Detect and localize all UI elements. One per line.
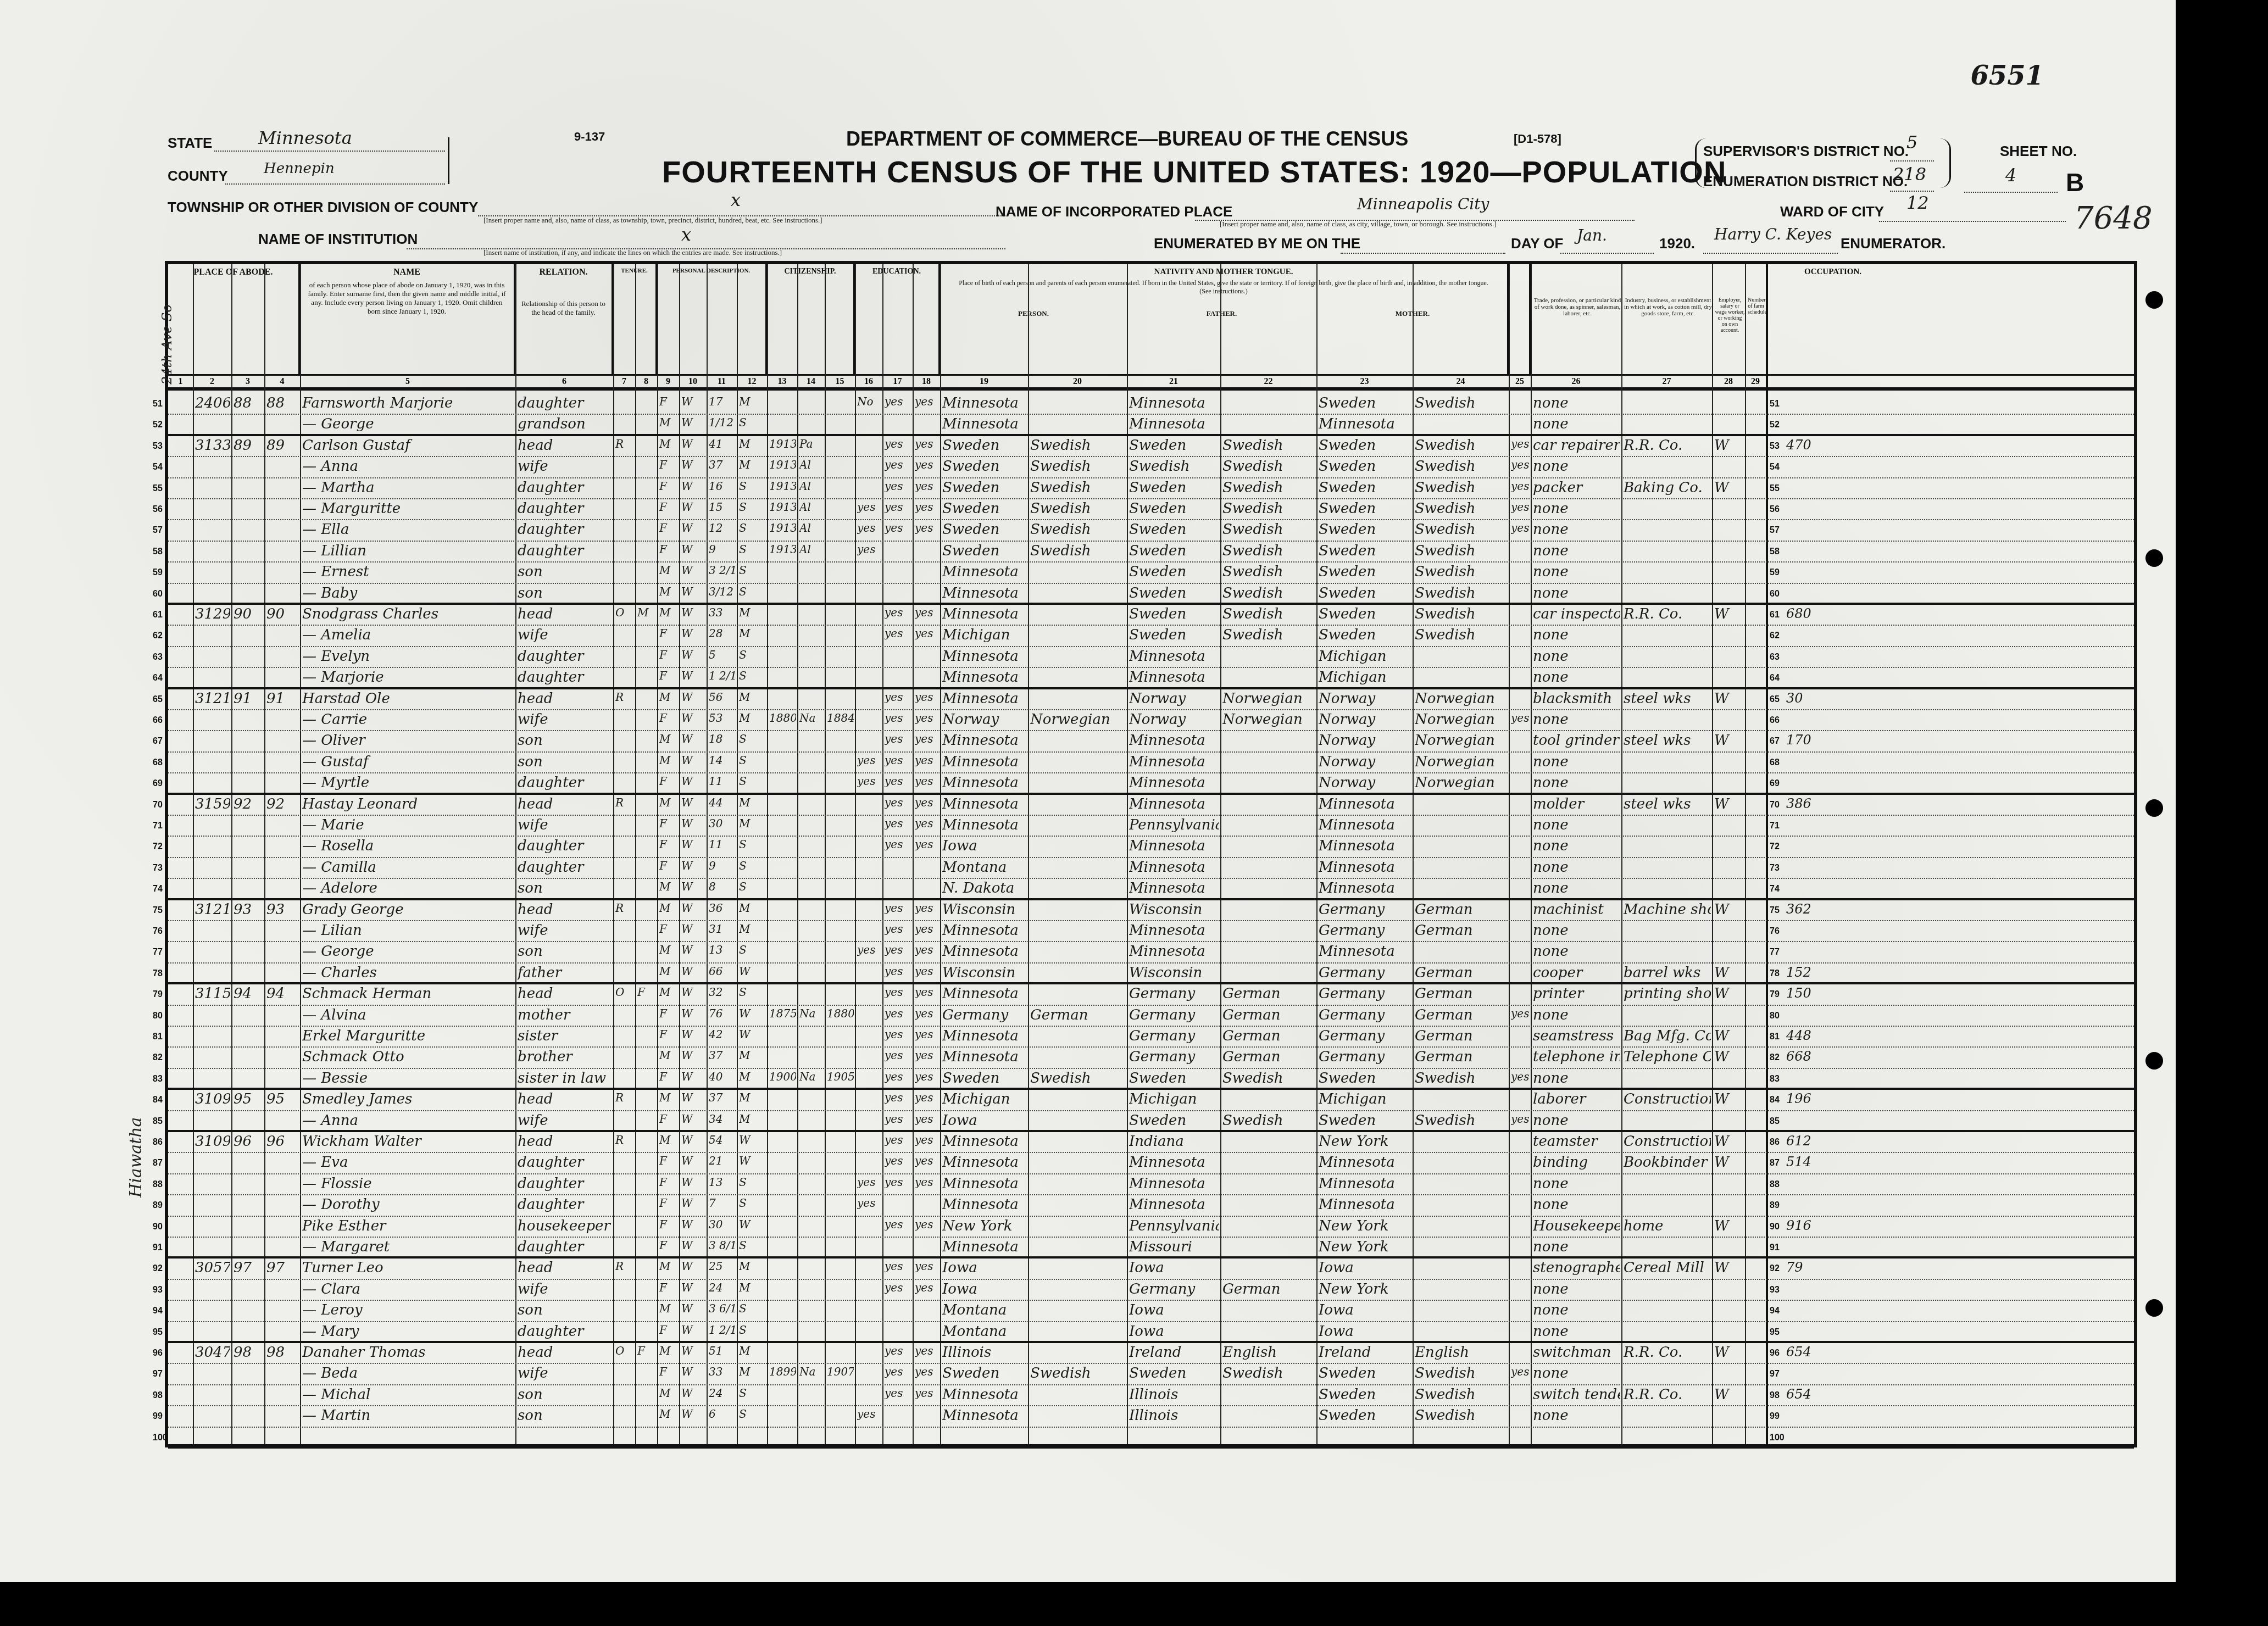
cell-name: Grady George — [302, 901, 514, 918]
cell-pob: Minnesota — [942, 1407, 1027, 1424]
cell-pob: Iowa — [942, 1260, 1027, 1276]
cell-fmt: Swedish — [1222, 521, 1315, 538]
cell-read: yes — [885, 458, 911, 471]
cell-sex: F — [659, 1218, 678, 1231]
line-number-right: 69 — [1770, 779, 1780, 789]
cell-sex: M — [659, 1260, 678, 1273]
cell-own: O — [615, 985, 634, 999]
cell-read: yes — [885, 1091, 911, 1104]
cell-eng: yes — [1511, 1007, 1530, 1020]
table-row: 5252— GeorgegrandsonMW1/12SMinnesotaMinn… — [168, 415, 2134, 436]
cell-name: — Ernest — [302, 564, 514, 580]
table-row: 656531219191Harstad OleheadRMW56MyesyesM… — [168, 689, 2134, 710]
cell-rel: wife — [518, 1365, 612, 1382]
cell-fmt: Swedish — [1222, 627, 1315, 643]
cell-ms: S — [739, 585, 766, 598]
binder-hole — [2145, 549, 2163, 567]
table-row: 7777— GeorgesonMW13SyesyesyesMinnesotaMi… — [168, 942, 2134, 963]
cell-fpob: Minnesota — [1129, 943, 1219, 960]
cell-mmt: German — [1415, 901, 1508, 918]
line-number-right: 52 — [1770, 420, 1780, 430]
table-row: 9797— BedawifeFW33M1899Na1907yesyesSwede… — [168, 1364, 2134, 1385]
cell-nat: Pa — [799, 437, 824, 450]
column-number: 24 — [1413, 377, 1509, 387]
cell-race: W — [681, 1239, 705, 1252]
cell-mort: F — [637, 1344, 656, 1357]
cell-rel: wife — [518, 711, 612, 728]
table-row: 9494— LeroysonMW3 6/12SMontanaIowaIowano… — [168, 1301, 2134, 1322]
cell-mmt: Swedish — [1415, 1112, 1508, 1129]
cell-race: W — [681, 1091, 705, 1104]
cell-pob: Iowa — [942, 1281, 1027, 1298]
cell-fpob: Swedish — [1129, 458, 1219, 475]
cell-race: W — [681, 943, 705, 956]
sheet-value: 4 — [2005, 165, 2016, 186]
cell-race: W — [681, 1407, 705, 1421]
cell-mpob: Minnesota — [1319, 1154, 1411, 1171]
cell-pob: Iowa — [942, 838, 1027, 854]
cell-eng: yes — [1511, 521, 1530, 534]
column-number: 14 — [797, 377, 825, 387]
cell-own: O — [615, 1344, 634, 1357]
cell-mpob: Minnesota — [1319, 838, 1411, 854]
sheet-side: B — [2066, 168, 2084, 197]
cell-pob: Sweden — [942, 543, 1027, 559]
cell-ind: Bag Mfg. Co. — [1624, 1028, 1711, 1044]
cell-age: 1/12 — [709, 416, 736, 429]
cell-eng: yes — [1511, 500, 1530, 514]
cell-rel: daughter — [518, 669, 612, 686]
cell-read: yes — [885, 521, 911, 534]
cell-name: — Amelia — [302, 627, 514, 643]
cell-fmt: German — [1222, 985, 1315, 1002]
cell-age: 12 — [709, 521, 736, 534]
cell-rel: wife — [518, 458, 612, 475]
cell-dw: 93 — [234, 901, 263, 918]
cell-fmt: Norwegian — [1222, 711, 1315, 728]
cell-write: yes — [915, 732, 939, 745]
line-number-left: 89 — [153, 1201, 163, 1211]
cell-pob: Minnesota — [942, 775, 1027, 791]
cell-age: 14 — [709, 754, 736, 767]
cell-age: 5 — [709, 648, 736, 661]
cell-write: yes — [915, 1281, 939, 1294]
cell-mmt: Swedish — [1415, 1386, 1508, 1403]
cell-rel: son — [518, 754, 612, 770]
line-number-right: 63 — [1770, 653, 1780, 662]
cell-read: yes — [885, 1049, 911, 1062]
cell-race: W — [681, 627, 705, 640]
township-note: [Insert proper name and, also, name of c… — [483, 216, 822, 225]
cell-ms: S — [739, 775, 766, 788]
cell-sex: F — [659, 500, 678, 514]
cell-read: yes — [885, 754, 911, 767]
cell-read: yes — [885, 627, 911, 640]
cell-house: 3047 — [195, 1344, 230, 1361]
cell-mort: F — [637, 985, 656, 999]
cell-pob: Minnesota — [942, 691, 1027, 707]
cell-imm: 1913 — [769, 500, 796, 514]
line-number-right: 96 — [1770, 1349, 1780, 1358]
cell-fam: 98 — [266, 1344, 299, 1361]
header-citizenship: CITIZENSHIP. — [767, 264, 855, 374]
cell-pob: Sweden — [942, 458, 1027, 475]
line-number-right: 98 — [1770, 1391, 1780, 1401]
line-number-right: 77 — [1770, 948, 1780, 957]
cell-rel: housekeeper — [518, 1218, 612, 1234]
cell-rel: daughter — [518, 1239, 612, 1255]
cell-fmt: German — [1222, 1007, 1315, 1023]
cell-race: W — [681, 754, 705, 767]
cell-age: 51 — [709, 1344, 736, 1357]
cell-margin-code: 514 — [1786, 1154, 1830, 1170]
cell-pob: Minnesota — [942, 754, 1027, 770]
cell-fam: 90 — [266, 606, 299, 622]
line-number-right: 76 — [1770, 927, 1780, 937]
cell-read: yes — [885, 965, 911, 978]
cell-name: Turner Leo — [302, 1260, 514, 1276]
cell-ms: W — [739, 1218, 766, 1231]
cell-emp: W — [1714, 796, 1744, 812]
cell-write: yes — [915, 1386, 939, 1400]
cell-fpob: Germany — [1129, 1007, 1219, 1023]
line-number-right: 57 — [1770, 526, 1780, 536]
cell-sex: M — [659, 606, 678, 619]
column-number: 13 — [767, 377, 797, 387]
cell-fpob: Sweden — [1129, 606, 1219, 622]
table-row: 797931159494Schmack HermanheadOFMW32Syes… — [168, 984, 2134, 1005]
cell-fpob: Germany — [1129, 1049, 1219, 1065]
cell-mpob: Norway — [1319, 775, 1411, 791]
cell-age: 40 — [709, 1070, 736, 1083]
cell-age: 32 — [709, 985, 736, 999]
cell-school: yes — [857, 943, 881, 956]
header-personal-description: PERSONAL DESCRIPTION. — [657, 264, 767, 374]
cell-name: — Anna — [302, 458, 514, 475]
cell-natyr: 1907 — [827, 1365, 854, 1378]
cell-rel: daughter — [518, 648, 612, 665]
line-number-right: 65 — [1770, 695, 1780, 705]
cell-mpob: Iowa — [1319, 1302, 1411, 1318]
cell-sex: M — [659, 1407, 678, 1421]
state-value: Minnesota — [258, 127, 352, 148]
cell-pob: Montana — [942, 1323, 1027, 1340]
cell-emp: W — [1714, 1133, 1744, 1150]
cell-mt: Swedish — [1030, 437, 1126, 454]
cell-margin-code: 470 — [1786, 437, 1830, 453]
column-number: 19 — [940, 377, 1028, 387]
table-row: 6363— EvelyndaughterFW5SMinnesotaMinneso… — [168, 647, 2134, 668]
cell-age: 3 2/12 — [709, 564, 736, 577]
cell-ind: steel wks — [1624, 732, 1711, 749]
cell-read: yes — [885, 1133, 911, 1146]
cell-ms: M — [739, 1365, 766, 1378]
cell-mpob: Minnesota — [1319, 859, 1411, 876]
column-number: 4 — [264, 377, 300, 387]
day-of-label: DAY OF — [1511, 235, 1563, 252]
cell-read: yes — [885, 1365, 911, 1378]
table-row: 8080— AlvinamotherFW76W1875Na1880yesyesG… — [168, 1006, 2134, 1027]
line-number-right: 92 — [1770, 1264, 1780, 1274]
cell-occ: laborer — [1533, 1091, 1620, 1107]
line-number-left: 75 — [153, 906, 163, 916]
cell-occ: none — [1533, 395, 1620, 411]
cell-emp: W — [1714, 985, 1744, 1002]
line-number-left: 100 — [153, 1433, 168, 1443]
table-row: 8888— FlossiedaughterFW13SyesyesyesMinne… — [168, 1174, 2134, 1195]
cell-margin-code: 362 — [1786, 901, 1830, 917]
column-number: 2 — [193, 377, 231, 387]
cell-pob: Minnesota — [942, 1049, 1027, 1065]
cell-rel: son — [518, 585, 612, 602]
cell-race: W — [681, 1049, 705, 1062]
cell-mmt: Swedish — [1415, 1365, 1508, 1382]
line-number-right: 85 — [1770, 1117, 1780, 1127]
cell-mmt: Norwegian — [1415, 691, 1508, 707]
cell-rel: wife — [518, 817, 612, 833]
cell-pob: New York — [942, 1218, 1027, 1234]
column-number: 27 — [1621, 377, 1712, 387]
line-number-left: 55 — [153, 484, 163, 494]
line-number-left: 59 — [153, 568, 163, 578]
cell-write: yes — [915, 606, 939, 619]
cell-fmt: German — [1222, 1028, 1315, 1044]
cell-ind: Telephone Co. — [1624, 1049, 1711, 1065]
cell-imm: 1880 — [769, 711, 796, 725]
cell-mpob: Michigan — [1319, 669, 1411, 686]
cell-race: W — [681, 691, 705, 704]
cell-mmt: German — [1415, 1007, 1508, 1023]
cell-name: — Camilla — [302, 859, 514, 876]
cell-sex: F — [659, 1365, 678, 1378]
cell-occ: none — [1533, 838, 1620, 854]
cell-school: yes — [857, 521, 881, 534]
cell-dw: 94 — [234, 985, 263, 1002]
cell-age: 16 — [709, 480, 736, 493]
cell-fam: 89 — [266, 437, 299, 454]
cell-ms: S — [739, 1323, 766, 1337]
cell-fmt: Swedish — [1222, 1365, 1315, 1382]
header-place-of-abode: PLACE OF ABODE. — [168, 264, 300, 374]
line-number-left: 69 — [153, 779, 163, 789]
cell-name: — Anna — [302, 1112, 514, 1129]
cell-write: yes — [915, 754, 939, 767]
cell-margin-code: 152 — [1786, 965, 1830, 980]
column-number: 16 — [855, 377, 882, 387]
cell-rel: daughter — [518, 838, 612, 854]
cell-sex: F — [659, 859, 678, 872]
cell-own: R — [615, 437, 634, 450]
cell-own: R — [615, 901, 634, 915]
cell-imm: 1913 — [769, 521, 796, 534]
cell-mpob: Germany — [1319, 985, 1411, 1002]
cell-imm: 1913 — [769, 437, 796, 450]
cell-mmt: German — [1415, 965, 1508, 981]
cell-sex: M — [659, 691, 678, 704]
cell-mpob: Sweden — [1319, 543, 1411, 559]
cell-pob: Minnesota — [942, 395, 1027, 411]
cell-name: — Baby — [302, 585, 514, 602]
cell-write: yes — [915, 901, 939, 915]
line-number-left: 60 — [153, 589, 163, 599]
cell-mpob: Germany — [1319, 1028, 1411, 1044]
cell-occ: none — [1533, 564, 1620, 580]
cell-sex: F — [659, 1007, 678, 1020]
cell-sex: F — [659, 775, 678, 788]
column-number: 23 — [1316, 377, 1413, 387]
state-label: STATE — [168, 135, 212, 152]
column-number: 9 — [657, 377, 679, 387]
cell-read: yes — [885, 1007, 911, 1020]
table-row: 7676— LilianwifeFW31MyesyesMinnesotaMinn… — [168, 921, 2134, 942]
cell-name: — Charles — [302, 965, 514, 981]
line-number-left: 54 — [153, 463, 163, 472]
cell-fpob: Iowa — [1129, 1260, 1219, 1276]
cell-occ: telephone installer — [1533, 1049, 1620, 1065]
cell-fmt: Swedish — [1222, 543, 1315, 559]
cell-fpob: Michigan — [1129, 1091, 1219, 1107]
cell-race: W — [681, 1260, 705, 1273]
ward-value: 12 — [1906, 192, 1929, 213]
cell-name: Farnsworth Marjorie — [302, 395, 514, 411]
cell-occ: switchman — [1533, 1344, 1620, 1361]
cell-name: — Bessie — [302, 1070, 514, 1087]
cell-mpob: Norway — [1319, 691, 1411, 707]
cell-race: W — [681, 1344, 705, 1357]
cell-ind: barrel wks — [1624, 965, 1711, 981]
line-number-left: 78 — [153, 969, 163, 979]
cell-race: W — [681, 437, 705, 450]
cell-race: W — [681, 965, 705, 978]
cell-age: 13 — [709, 943, 736, 956]
cell-occ: none — [1533, 880, 1620, 896]
cell-sex: F — [659, 521, 678, 534]
cell-sex: M — [659, 1049, 678, 1062]
line-number-left: 79 — [153, 990, 163, 1000]
cell-rel: daughter — [518, 1323, 612, 1340]
cell-occ: teamster — [1533, 1133, 1620, 1150]
line-number-left: 63 — [153, 653, 163, 662]
cell-mpob: Minnesota — [1319, 817, 1411, 833]
cell-nat: Al — [799, 521, 824, 534]
cell-read: yes — [885, 817, 911, 830]
cell-emp: W — [1714, 1386, 1744, 1403]
cell-age: 37 — [709, 1091, 736, 1104]
line-number-left: 73 — [153, 864, 163, 873]
cell-age: 28 — [709, 627, 736, 640]
cell-mpob: Sweden — [1319, 480, 1411, 496]
bracket — [448, 137, 449, 184]
cell-write: yes — [915, 775, 939, 788]
line-number-left: 65 — [153, 695, 163, 705]
cell-emp: W — [1714, 1260, 1744, 1276]
cell-mt: Swedish — [1030, 1365, 1126, 1382]
cell-mmt: Norwegian — [1415, 775, 1508, 791]
cell-age: 3 6/12 — [709, 1302, 736, 1315]
table-row: 6262— AmeliawifeFW28MyesyesMichiganSwede… — [168, 626, 2134, 647]
cell-occ: none — [1533, 416, 1620, 432]
cell-mpob: Iowa — [1319, 1260, 1411, 1276]
sheet-stamp: 6551 — [1970, 60, 2044, 91]
cell-fam: 96 — [266, 1133, 299, 1150]
cell-ms: W — [739, 1028, 766, 1041]
cell-race: W — [681, 1196, 705, 1210]
line-number-left: 92 — [153, 1264, 163, 1274]
cell-rel: daughter — [518, 521, 612, 538]
cell-ind: printing shop — [1624, 985, 1711, 1002]
line-number-right: 73 — [1770, 864, 1780, 873]
cell-occ: molder — [1533, 796, 1620, 812]
cell-sex: F — [659, 1281, 678, 1294]
cell-age: 41 — [709, 437, 736, 450]
cell-fam: 93 — [266, 901, 299, 918]
cell-occ: printer — [1533, 985, 1620, 1002]
cell-pob: Michigan — [942, 1091, 1027, 1107]
cell-sex: F — [659, 1323, 678, 1337]
cell-rel: wife — [518, 627, 612, 643]
cell-sex: M — [659, 732, 678, 745]
cell-write: yes — [915, 1112, 939, 1126]
cell-age: 1 2/12 — [709, 1323, 736, 1337]
cell-read: yes — [885, 1070, 911, 1083]
cell-ms: M — [739, 606, 766, 619]
cell-school: yes — [857, 500, 881, 514]
cell-fam: 92 — [266, 796, 299, 812]
cell-fpob: Wisconsin — [1129, 901, 1219, 918]
cell-margin-code: 612 — [1786, 1133, 1830, 1149]
column-number: 20 — [1028, 377, 1127, 387]
cell-name: — Clara — [302, 1281, 514, 1298]
cell-age: 9 — [709, 543, 736, 556]
cell-occ: none — [1533, 1365, 1620, 1382]
line-number-right: 56 — [1770, 505, 1780, 515]
cell-sex: F — [659, 1070, 678, 1083]
cell-age: 13 — [709, 1176, 736, 1189]
cell-ind: steel wks — [1624, 691, 1711, 707]
cell-occ: none — [1533, 943, 1620, 960]
cell-mmt: Norwegian — [1415, 754, 1508, 770]
cell-dw: 95 — [234, 1091, 263, 1107]
line-number-left: 53 — [153, 442, 163, 452]
cell-name: — Ella — [302, 521, 514, 538]
cell-ms: W — [739, 1133, 766, 1146]
cell-house: 3159 — [195, 796, 230, 812]
cell-rel: grandson — [518, 416, 612, 432]
cell-name: — Carrie — [302, 711, 514, 728]
cell-fpob: Minnesota — [1129, 796, 1219, 812]
cell-sex: F — [659, 395, 678, 408]
cell-name: — Adelore — [302, 880, 514, 896]
binder-hole — [2145, 1299, 2163, 1317]
cell-name: — Evelyn — [302, 648, 514, 665]
cell-ms: W — [739, 965, 766, 978]
place-value: Minneapolis City — [1357, 195, 1489, 213]
cell-age: 66 — [709, 965, 736, 978]
line-number-right: 62 — [1770, 631, 1780, 641]
cell-read: yes — [885, 437, 911, 450]
cell-sex: F — [659, 458, 678, 471]
cell-fam: 94 — [266, 985, 299, 1002]
cell-house: 3115 — [195, 985, 230, 1002]
table-row: 848431099595Smedley JamesheadRMW37Myesye… — [168, 1090, 2134, 1111]
cell-mpob: New York — [1319, 1239, 1411, 1255]
cell-rel: wife — [518, 1112, 612, 1129]
cell-race: W — [681, 585, 705, 598]
cell-occ: seamstress — [1533, 1028, 1620, 1044]
cell-pob: Montana — [942, 1302, 1027, 1318]
cell-ms: M — [739, 922, 766, 935]
cell-mpob: Sweden — [1319, 585, 1411, 602]
